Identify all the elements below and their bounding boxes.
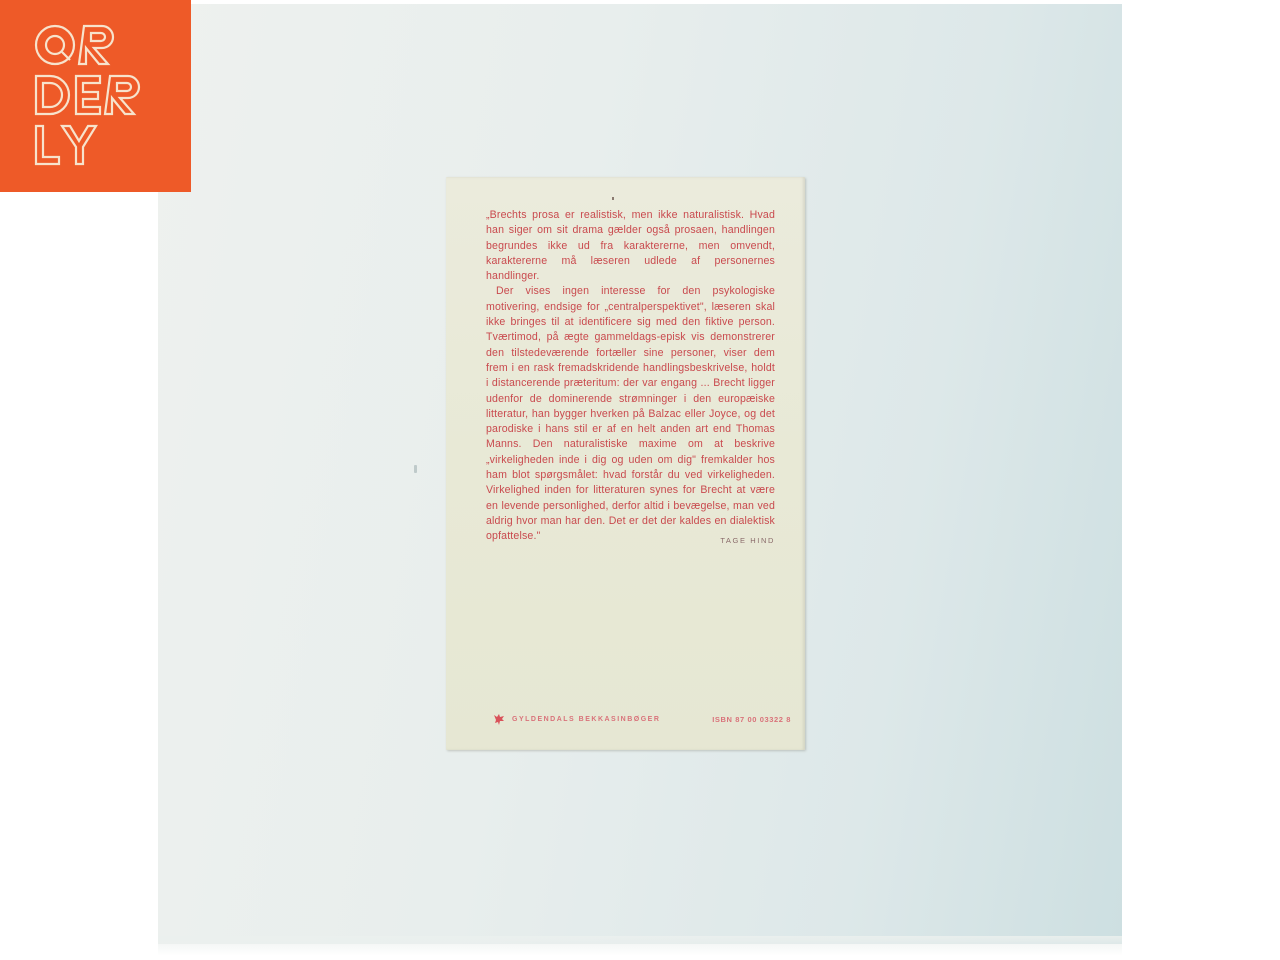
- isbn-number: ISBN 87 00 03322 8: [712, 715, 791, 724]
- orderly-logo-icon: [0, 0, 191, 192]
- book-back-cover: „Brechts prosa er realistisk, men ikke n…: [446, 177, 805, 750]
- blurb-text: „Brechts prosa er realistisk, men ikke n…: [486, 208, 775, 545]
- publisher-name: GYLDENDALS BEKKASINBØGER: [512, 716, 660, 723]
- photo-artifact: [414, 465, 417, 473]
- orderly-logo: [0, 0, 191, 192]
- publisher-imprint: GYLDENDALS BEKKASINBØGER: [492, 712, 660, 726]
- quote-author: TAGE HIND: [720, 536, 775, 545]
- blurb-paragraph-2: Der vises ingen interesse for den psykol…: [486, 284, 775, 544]
- blurb-paragraph-1: „Brechts prosa er realistisk, men ikke n…: [486, 208, 775, 284]
- cover-mark: [612, 197, 614, 200]
- pegasus-icon: [492, 712, 506, 726]
